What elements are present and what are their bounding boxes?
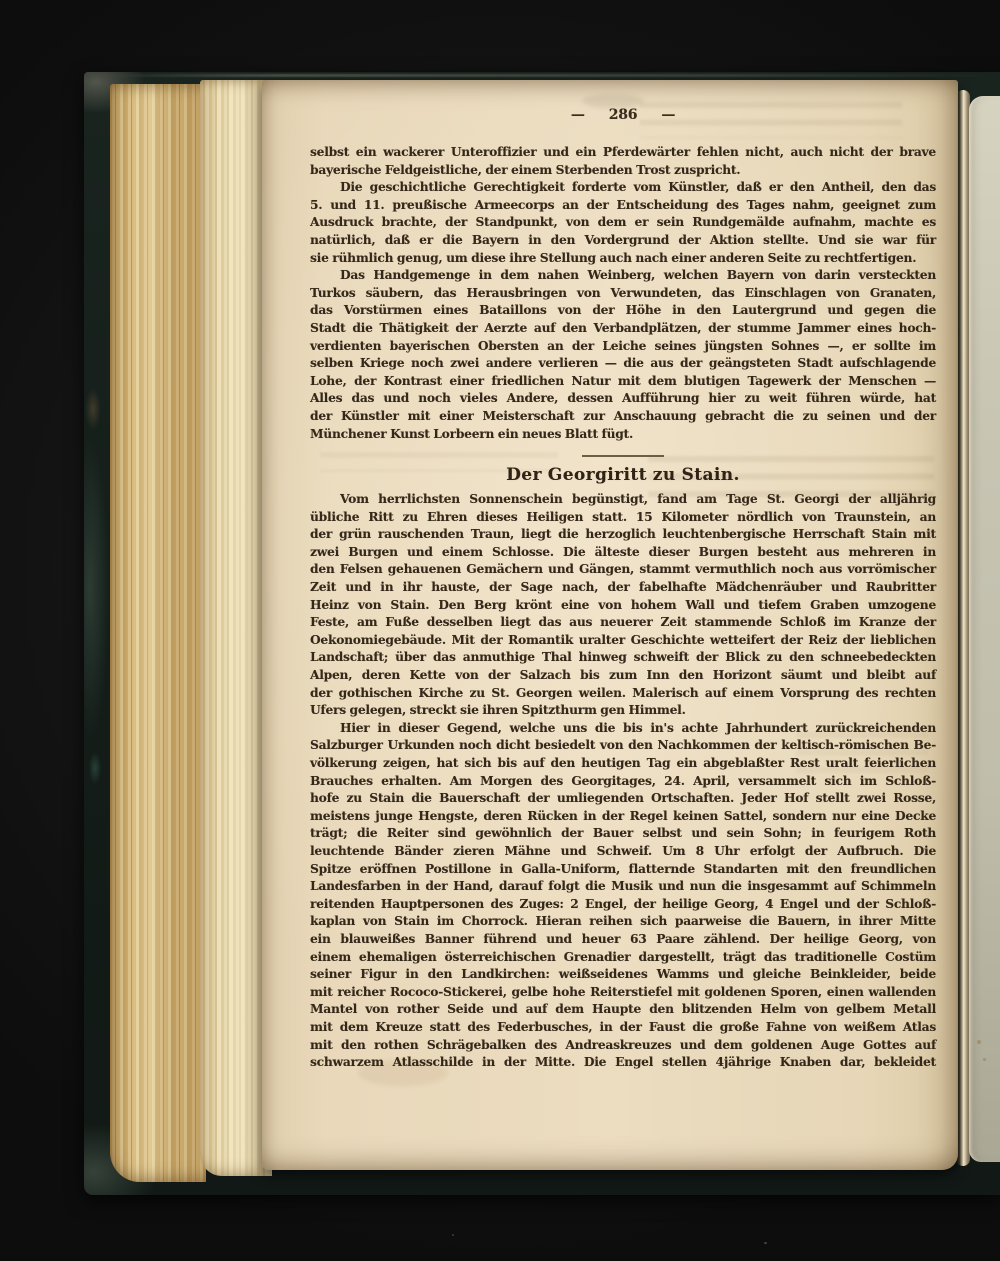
text-line: ein blauweißes Banner führend und heuer … <box>310 931 936 949</box>
text-line: mit den rothen Schrägebalken des Andreas… <box>310 1037 936 1055</box>
paragraph: selbst ein wackerer Unteroffizier und ei… <box>310 144 936 179</box>
text-block: — 286 — selbst ein wackerer Unteroffizie… <box>310 106 936 1072</box>
text-line: Hier in dieser Gegend, welche uns die bi… <box>310 720 936 738</box>
text-line: Stadt die Thätigkeit der Aerzte auf den … <box>310 320 936 338</box>
page-number: — 286 — <box>310 106 936 126</box>
text-line: der gothischen Kirche zu St. Georgen wei… <box>310 685 936 703</box>
text-line: meistens junge Hengste, deren Rücken in … <box>310 808 936 826</box>
text-line: natürlich, daß er die Bayern in den Vord… <box>310 232 936 250</box>
text-line: bayerische Feldgeistliche, der einem Ste… <box>310 162 936 180</box>
text-line: schwarzem Atlasschilde in der Mitte. Die… <box>310 1054 936 1072</box>
text-line: Die geschichtliche Gerechtigkeit fordert… <box>310 179 936 197</box>
text-line: Landesfarben in der Hand, darauf folgt d… <box>310 878 936 896</box>
paragraph: Das Handgemenge in dem nahen Weinberg, w… <box>310 267 936 443</box>
text-line: Lohe, der Kontrast einer friedlichen Nat… <box>310 373 936 391</box>
text-line: leuchtende Bänder zieren Mähne und Schwe… <box>310 843 936 861</box>
paragraph: Die geschichtliche Gerechtigkeit fordert… <box>310 179 936 267</box>
text-line: Vom herrlichsten Sonnenschein begünstigt… <box>310 491 936 509</box>
text-line: der grün rauschenden Traun, liegt die he… <box>310 526 936 544</box>
section-heading: Der Georgiritt zu Stain. <box>310 463 936 487</box>
text-line: Salzburger Urkunden noch dicht besiedelt… <box>310 737 936 755</box>
text-line: Heinz von Stain. Den Berg krönt eine von… <box>310 597 936 615</box>
text-line: sie rühmlich genug, um diese ihre Stellu… <box>310 250 936 268</box>
text-line: trägt; die Reiter sind gewöhnlich der Ba… <box>310 825 936 843</box>
text-line: reitenden Hauptpersonen des Zuges: 2 Eng… <box>310 896 936 914</box>
text-line: übliche Ritt zu Ehren dieses Heiligen st… <box>310 509 936 527</box>
text-line: hofe zu Stain die Bauerschaft der umlieg… <box>310 790 936 808</box>
text-line: Brauches erhalten. Am Morgen des Georgit… <box>310 773 936 791</box>
page-number-dash-right: — <box>661 107 675 125</box>
paragraph: Hier in dieser Gegend, welche uns die bi… <box>310 720 936 1072</box>
text-line: mit dem Kreuze statt des Federbusches, i… <box>310 1019 936 1037</box>
text-line: Landschaft; über das anmuthige Thal hinw… <box>310 649 936 667</box>
text-line: Mantel von rother Seide und auf dem Haup… <box>310 1001 936 1019</box>
book-page: — 286 — selbst ein wackerer Unteroffizie… <box>262 80 958 1170</box>
text-line: Zeit und in ihr hauste, der Sage nach, d… <box>310 579 936 597</box>
text-line: Ufers gelegen, streckt sie ihren Spitzth… <box>310 702 936 720</box>
text-line: das Vorstürmen eines Bataillons von der … <box>310 302 936 320</box>
book-photograph: — 286 — selbst ein wackerer Unteroffizie… <box>0 0 1000 1261</box>
text-line: einem ehemaligen österreichischen Grenad… <box>310 949 936 967</box>
text-line: seiner Figur in den Landkirchen: weißsei… <box>310 966 936 984</box>
dust-speck <box>452 1234 454 1236</box>
text-line: den Felsen gehauenen Gemächern und Gänge… <box>310 561 936 579</box>
text-line: verdienten bayerischen Obersten an der L… <box>310 338 936 356</box>
text-line: selben Kriege noch zwei andere verlieren… <box>310 355 936 373</box>
text-line: 5. und 11. preußische Armeecorps an der … <box>310 197 936 215</box>
gutter-crease <box>956 90 970 1166</box>
text-line: der Künstler mit einer Meisterschaft zur… <box>310 408 936 426</box>
text-line: Turkos säubern, das Herausbringen von Ve… <box>310 285 936 303</box>
foxing-spot <box>983 1058 986 1061</box>
fore-edge-stack-outer <box>110 84 206 1182</box>
text-line: Alles das und noch vieles Andere, dessen… <box>310 390 936 408</box>
dust-speck <box>764 1242 767 1244</box>
text-line: kaplan von Stain im Chorrock. Hieran rei… <box>310 913 936 931</box>
text-line: Das Handgemenge in dem nahen Weinberg, w… <box>310 267 936 285</box>
text-line: Oekonomiegebäude. Mit der Romantik uralt… <box>310 632 936 650</box>
text-line: Feste, am Fuße desselben liegt das aus n… <box>310 614 936 632</box>
page-number-dash-left: — <box>571 107 585 125</box>
page-number-value: 286 <box>609 107 638 125</box>
text-line: zwei Burgen und einem Schlosse. Die älte… <box>310 544 936 562</box>
text-line: Alpen, deren Kette von der Salzach bis z… <box>310 667 936 685</box>
foxing-spot <box>977 1040 981 1044</box>
text-line: mit reicher Rococo-Stickerei, gelbe hohe… <box>310 984 936 1002</box>
text-line: Münchener Kunst Lorbeern ein neues Blatt… <box>310 426 936 444</box>
paragraph: Vom herrlichsten Sonnenschein begünstigt… <box>310 491 936 720</box>
facing-page-edge <box>969 96 1000 1162</box>
section-divider <box>582 455 664 457</box>
text-line: Spitze eröffnen Postillone in Galla-Unif… <box>310 861 936 879</box>
text-line: Ausdruck brachte, der Standpunkt, von de… <box>310 214 936 232</box>
text-line: völkerung zeigen, hat sich bis auf den h… <box>310 755 936 773</box>
text-line: selbst ein wackerer Unteroffizier und ei… <box>310 144 936 162</box>
